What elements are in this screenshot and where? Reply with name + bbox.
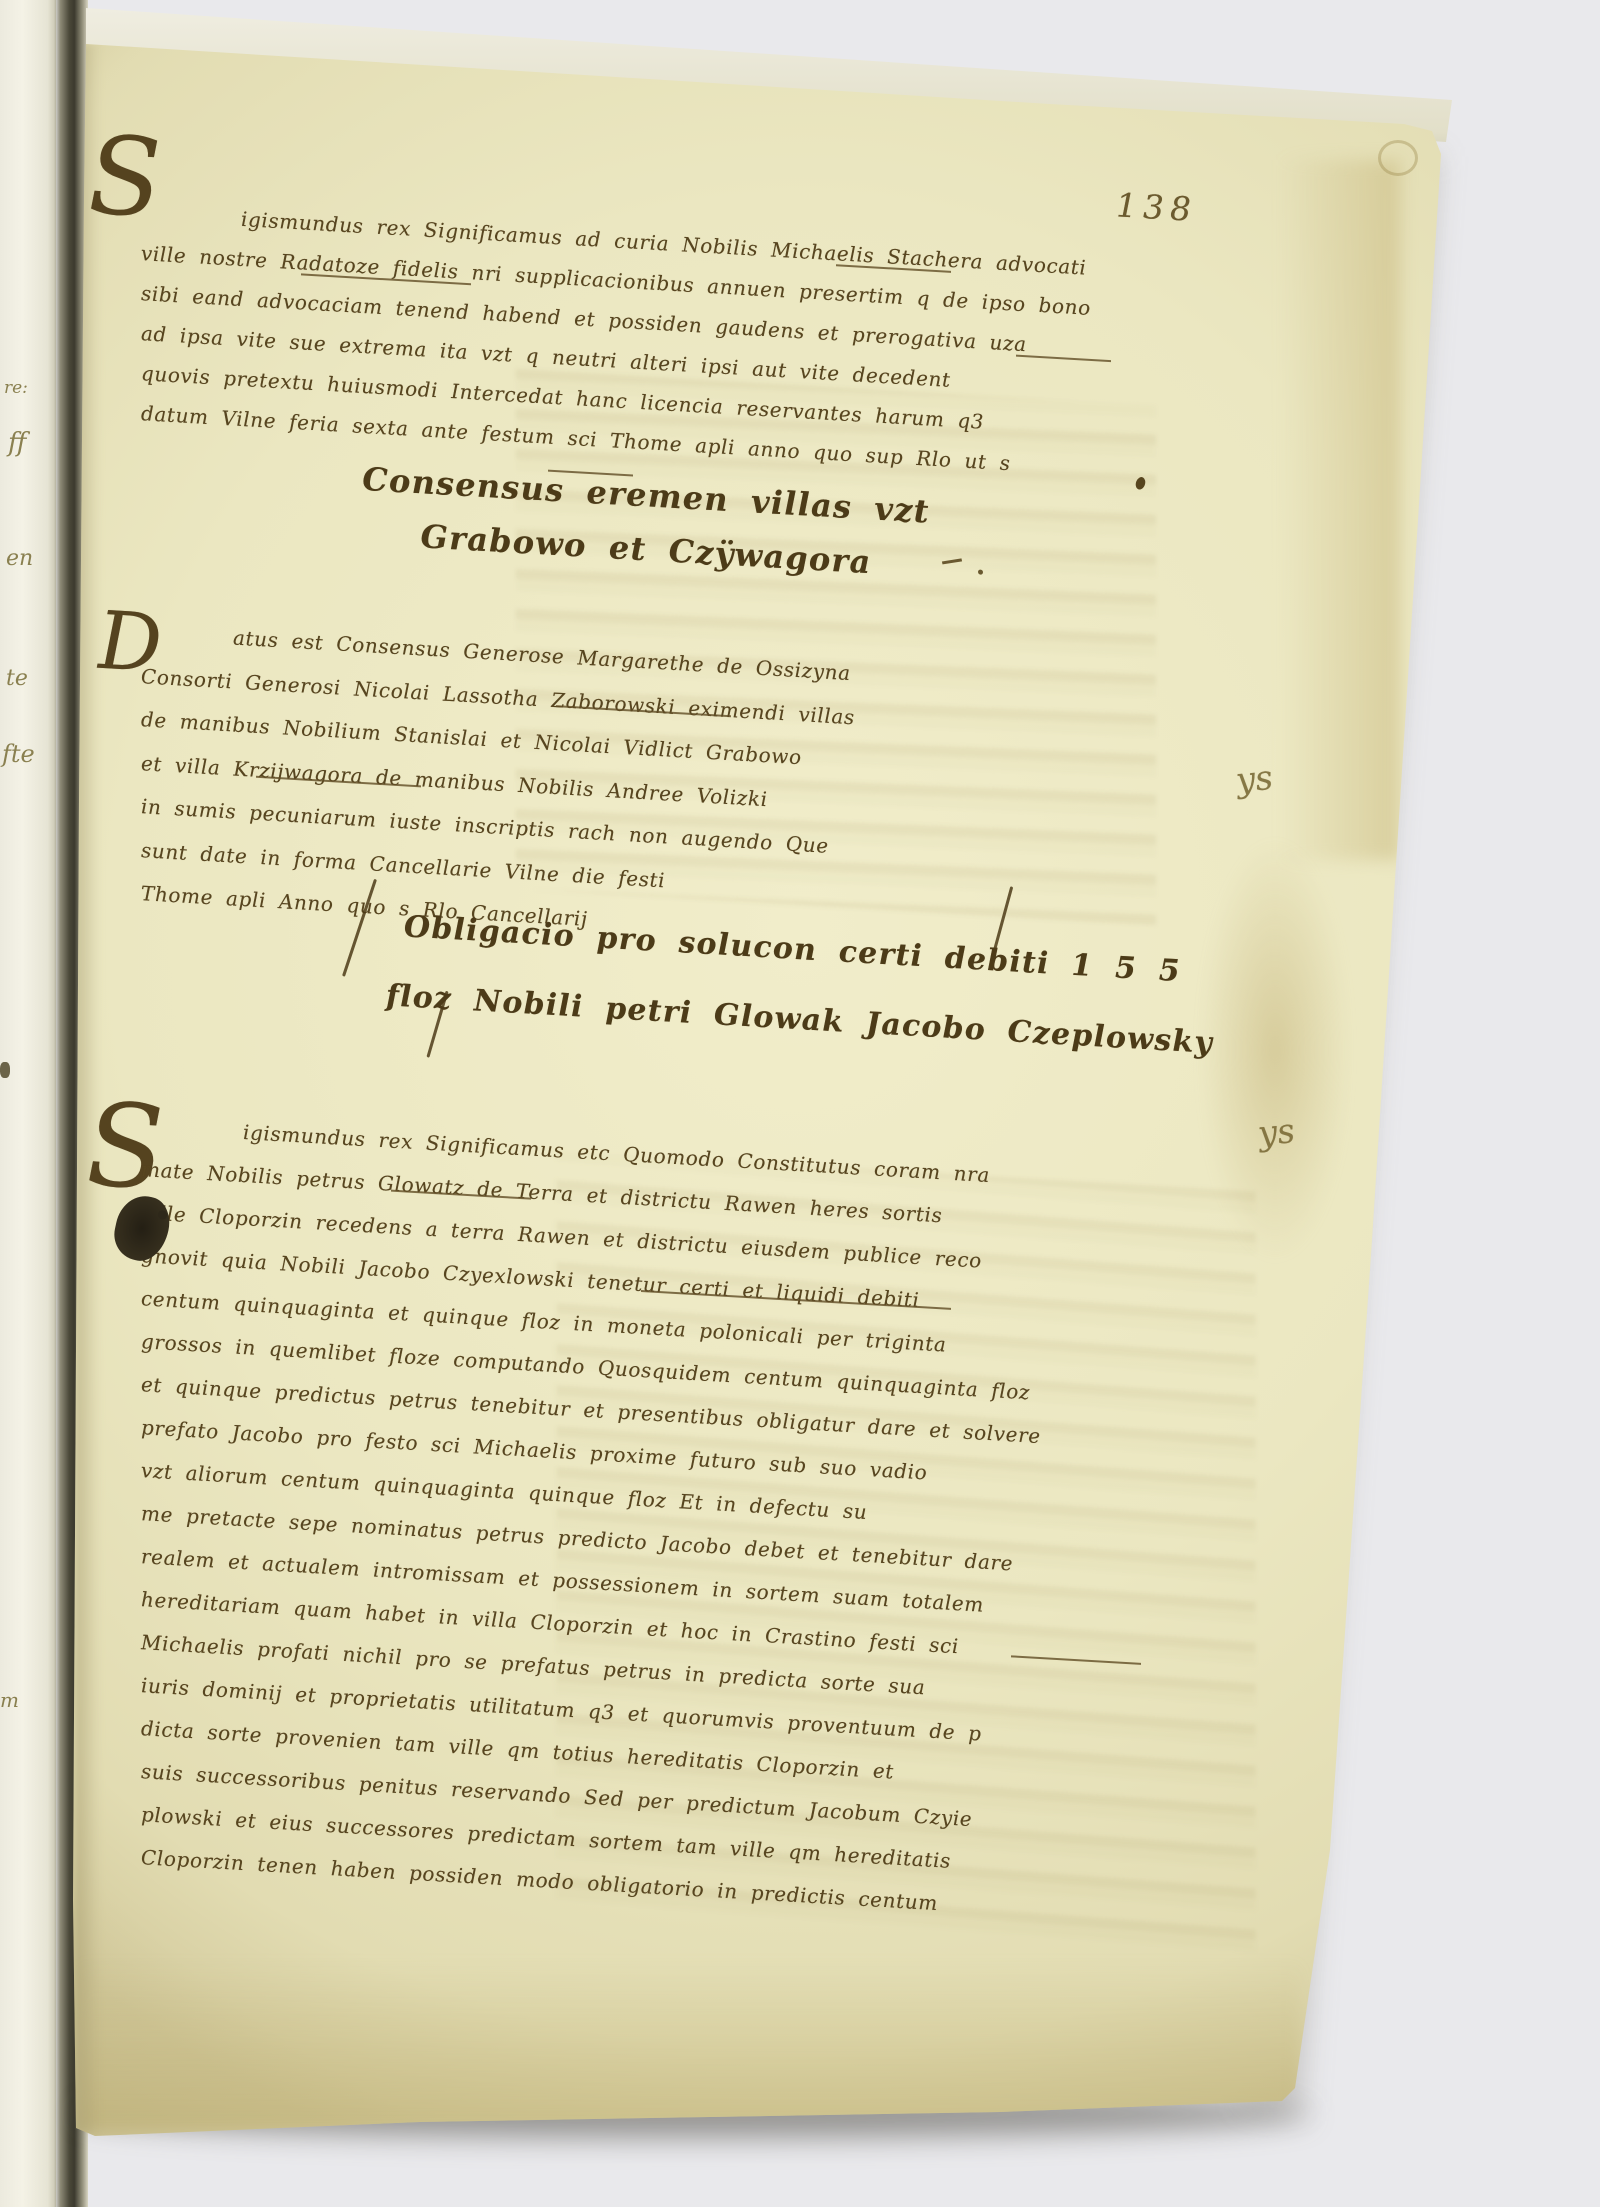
margin-registration-mark: ys — [1233, 758, 1275, 801]
facing-page-text-fragment: en — [6, 546, 33, 571]
ink-mark — [0, 1062, 10, 1078]
entry3-paragraph: igismundus rex Significamus etc Quomodo … — [141, 1105, 1041, 1931]
ink-layer: 138 S igismundus rex Significamus ad cur… — [86, 44, 1456, 2203]
facing-page-text-fragment: m — [0, 1688, 19, 1712]
margin-registration-mark: ys — [1255, 1111, 1297, 1154]
entry1-paragraph: igismundus rex Significamus ad curia Nob… — [141, 193, 1091, 488]
facing-page-text-fragment: ff — [8, 428, 26, 458]
ink-dot — [978, 569, 983, 574]
facing-page-text-fragment: te — [6, 666, 28, 691]
facing-page-edge: re: ff en te fte m — [0, 0, 56, 2207]
facing-page-text-fragment: re: — [4, 378, 28, 398]
manuscript-photo: re: ff en te fte m 138 S igismundus rex … — [0, 0, 1600, 2207]
folio-number: 138 — [1116, 185, 1197, 229]
facing-page-text-fragment: fte — [2, 740, 35, 768]
ink-blot — [158, 1210, 167, 1220]
